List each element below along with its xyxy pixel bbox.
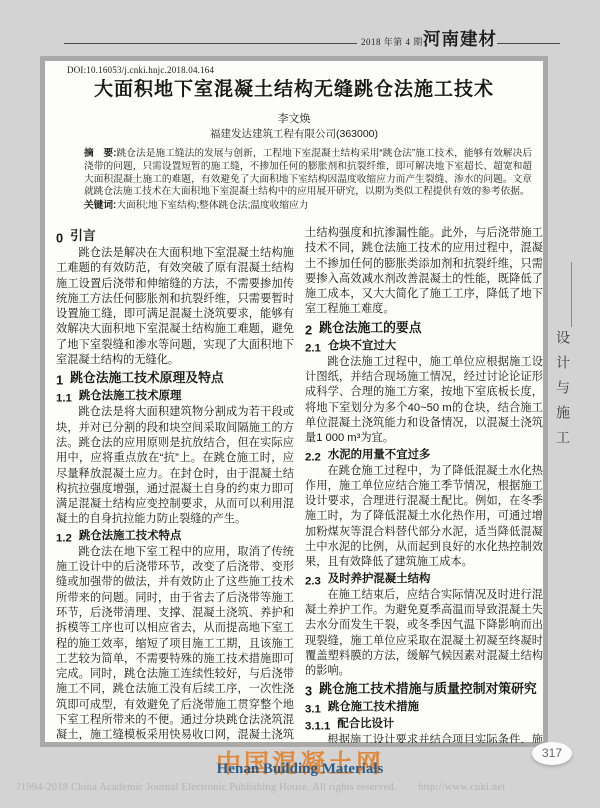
section-heading: 2.1仓块不宜过大 bbox=[305, 338, 543, 355]
section-number: 3 bbox=[305, 682, 312, 702]
section-heading: 2.3及时养护混凝土结构 bbox=[305, 571, 543, 588]
section-number: 2.2 bbox=[305, 449, 321, 466]
article-title: 大面积地下室混凝土结构无缝跳仓法施工技术 bbox=[45, 74, 543, 101]
journal-issue: 2018 年第 4 期 bbox=[361, 35, 423, 48]
section-number: 1.1 bbox=[56, 391, 72, 408]
section-number: 1 bbox=[56, 371, 63, 391]
article-page: DOI:10.16053/j.cnki.hnjc.2018.04.164 大面积… bbox=[40, 56, 548, 747]
keywords: 关键词:大面积;地下室结构;整体跳仓法;温度收缩应力 bbox=[84, 200, 532, 213]
section-title: 水泥的用量不宜过多 bbox=[328, 449, 431, 461]
author-name: 李文焕 bbox=[45, 110, 543, 126]
abstract-label: 摘 要: bbox=[84, 148, 116, 159]
section-number: 2 bbox=[305, 320, 312, 340]
section-heading: 3.1.1配合比设计 bbox=[305, 716, 543, 733]
journal-name: 河南建材 bbox=[423, 26, 497, 51]
header-rule-right bbox=[497, 43, 560, 44]
section-heading: 1.1跳仓法施工技术原理 bbox=[56, 388, 294, 405]
body-paragraph: 跳仓法在地下室工程中的应用，取消了传统施工设计中的后浇带环节，改变了后浇带、变形… bbox=[56, 545, 294, 743]
keywords-label: 关键词: bbox=[84, 200, 116, 211]
section-title: 跳仓法施工技术原理 bbox=[79, 390, 182, 402]
abstract-text: 跳仓法是施工缝法的发展与创新，工程地下室混凝土结构采用“跳仓法”施工技术，能够有… bbox=[84, 148, 532, 197]
body-paragraph: 根据施工设计要求并结合项目实际条件，施工单位应选择强度等级适宜的混凝土产品，并结… bbox=[305, 733, 543, 743]
body-paragraph: 在跳仓施工过程中，为了降低混凝土水化热作用，施工单位应结合施工季节情况，根据施工… bbox=[305, 464, 543, 571]
body-paragraph: 土结构强度和抗渗漏性能。此外，与后浇带施工技术不同，跳仓法施工技术的应用过程中，… bbox=[305, 226, 543, 318]
abstract: 摘 要:跳仓法是施工缝法的发展与创新，工程地下室混凝土结构采用“跳仓法”施工技术… bbox=[84, 148, 532, 199]
section-number: 0 bbox=[56, 229, 63, 249]
section-number: 2.3 bbox=[305, 573, 321, 590]
watermark-english: Henan Building Materials bbox=[217, 761, 384, 778]
section-title: 仓块不宜过大 bbox=[328, 340, 396, 352]
section-heading: 1跳仓法施工技术原理及特点 bbox=[56, 368, 294, 388]
body-paragraph: 跳仓法是将大面积建筑物分割成为若干段或块，并对已分割的段和块空间采取间隔施工的方… bbox=[56, 405, 294, 527]
section-heading: 3.1跳仓施工技术措施 bbox=[305, 699, 543, 716]
author-affiliation: 福建发达建筑工程有限公司(363000) bbox=[45, 126, 543, 141]
section-number: 3.1.1 bbox=[305, 719, 330, 736]
section-heading: 0引言 bbox=[56, 226, 294, 246]
body-paragraph: 跳仓法施工过程中，施工单位应根据施工设计图纸，并结合现场施工情况，经过讨论论证形… bbox=[305, 355, 543, 447]
body-columns: 0引言跳仓法是解决在大面积地下室混凝土结构施工难题的有效防范，有效突破了原有混凝… bbox=[56, 226, 543, 743]
section-title: 配合比设计 bbox=[337, 718, 394, 730]
section-heading: 1.2跳仓法施工技术特点 bbox=[56, 528, 294, 545]
section-title: 跳仓施工技术措施与质量控制对策研究 bbox=[319, 681, 537, 696]
section-title: 跳仓法施工技术特点 bbox=[79, 530, 182, 542]
section-heading: 2跳仓法施工的要点 bbox=[305, 318, 543, 338]
section-title: 跳仓法施工的要点 bbox=[319, 320, 421, 335]
section-heading: 2.2水泥的用量不宜过多 bbox=[305, 447, 543, 464]
column-left: 0引言跳仓法是解决在大面积地下室混凝土结构施工难题的有效防范，有效突破了原有混凝… bbox=[56, 226, 294, 743]
page-number-badge: 317 bbox=[532, 742, 572, 765]
section-title: 跳仓法施工技术原理及特点 bbox=[70, 370, 224, 385]
copyright-line: ?1994-2018 China Academic Journal Electr… bbox=[16, 779, 505, 794]
header-rule-left bbox=[64, 43, 357, 44]
section-number: 2.1 bbox=[305, 340, 321, 357]
body-paragraph: 在施工结束后，应结合实际情况及时进行混凝土养护工作。为避免夏季高温而导致混凝土失… bbox=[305, 588, 543, 680]
section-title: 及时养护混凝土结构 bbox=[328, 573, 431, 585]
section-heading: 3跳仓施工技术措施与质量控制对策研究 bbox=[305, 679, 543, 699]
sidebar-section-label: 设计与施工 bbox=[553, 330, 573, 455]
column-right: 土结构强度和抗渗漏性能。此外，与后浇带施工技术不同，跳仓法施工技术的应用过程中，… bbox=[305, 226, 543, 743]
section-title: 跳仓施工技术措施 bbox=[328, 701, 419, 713]
section-number: 1.2 bbox=[56, 530, 72, 547]
sidebar-rule bbox=[571, 262, 572, 327]
section-number: 3.1 bbox=[305, 702, 321, 719]
body-paragraph: 跳仓法是解决在大面积地下室混凝土结构施工难题的有效防范，有效突破了原有混凝土结构… bbox=[56, 246, 294, 368]
keywords-text: 大面积;地下室结构;整体跳仓法;温度收缩应力 bbox=[116, 200, 308, 211]
front-matter: 摘 要:跳仓法是施工缝法的发展与创新，工程地下室混凝土结构采用“跳仓法”施工技术… bbox=[84, 148, 532, 213]
section-title: 引言 bbox=[70, 228, 96, 243]
